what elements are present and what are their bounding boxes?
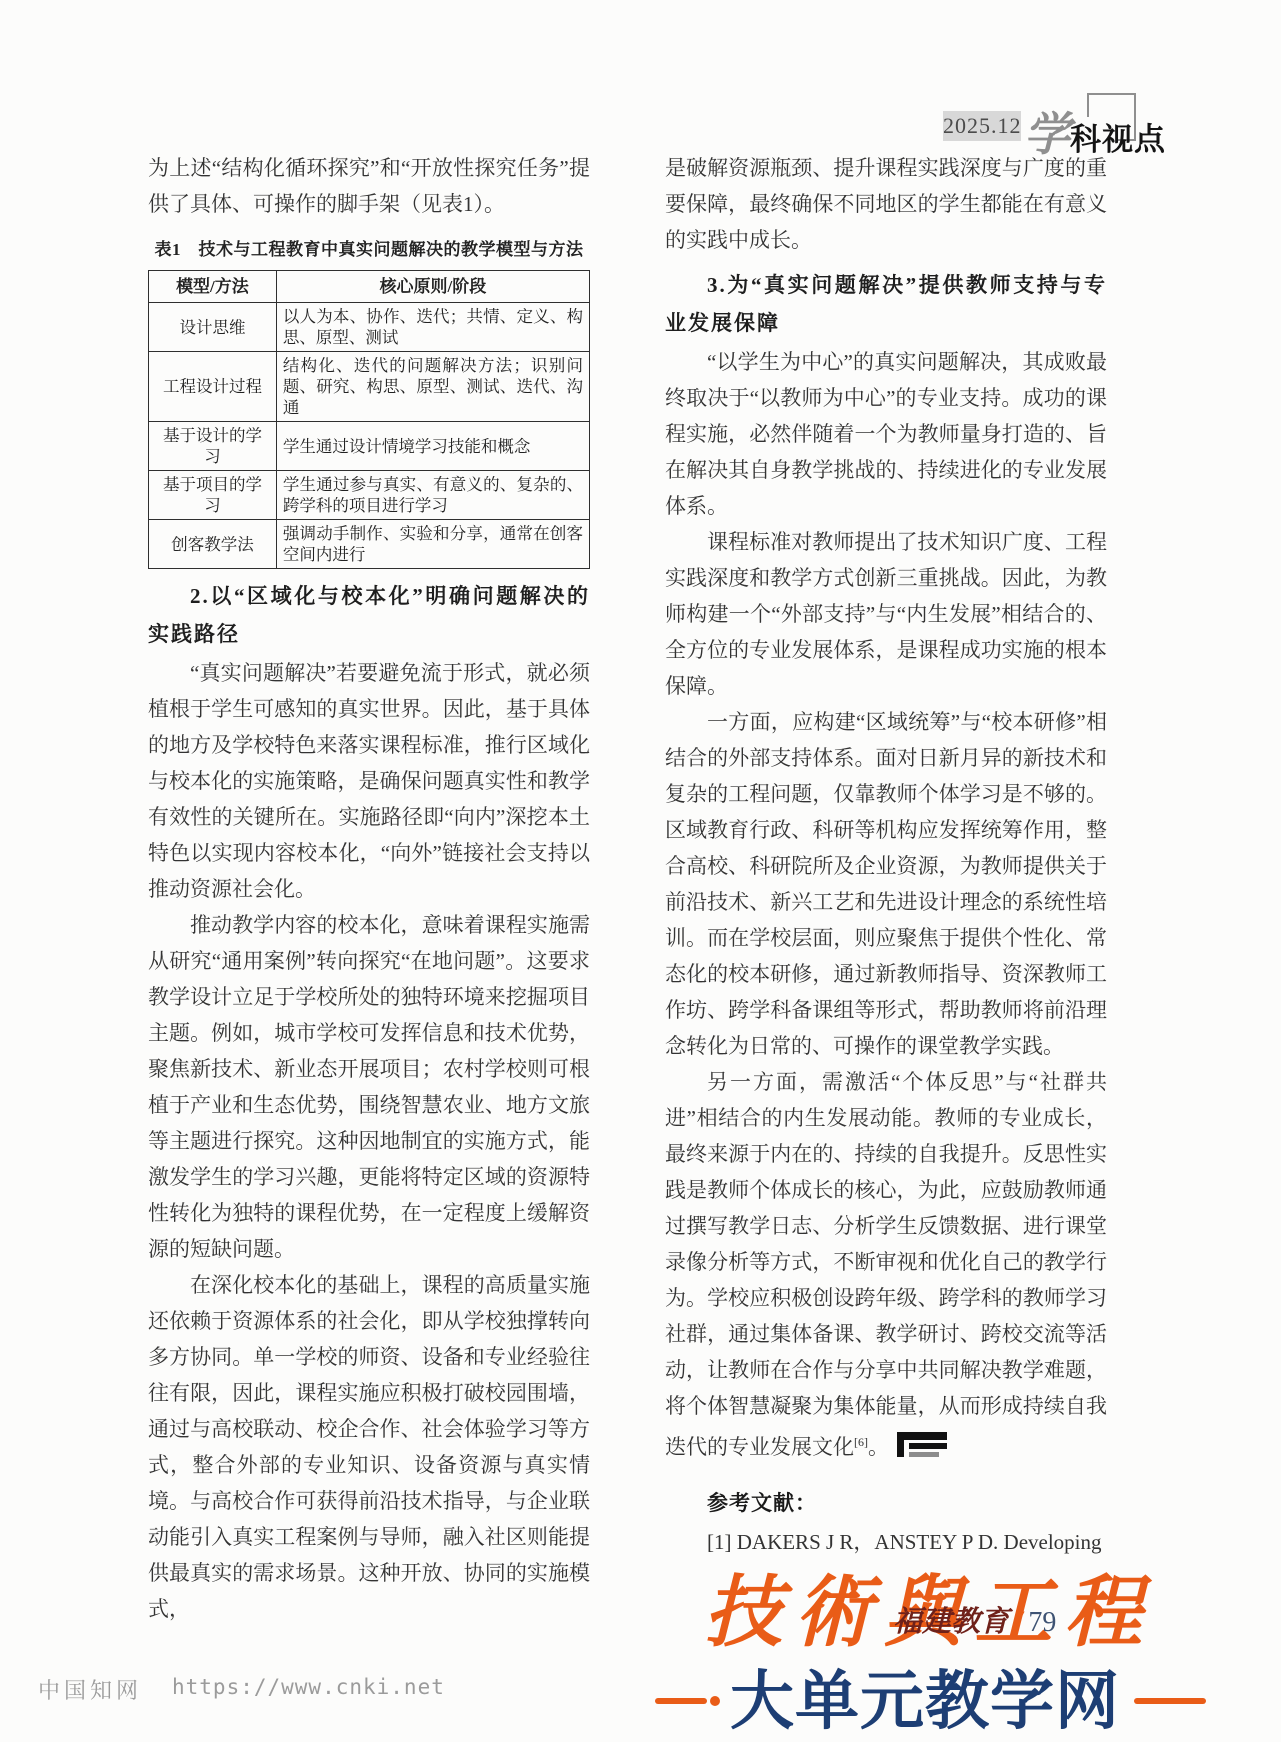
body-paragraph: 一方面，应构建“区域统筹”与“校本研修”相结合的外部支持体系。面对日新月异的新技… <box>665 704 1107 1064</box>
decorative-line-left <box>655 1698 707 1704</box>
right-column: 是破解资源瓶颈、提升课程实践深度与广度的重要保障，最终确保不同地区的学生都能在有… <box>665 150 1107 1561</box>
journal-name: 福建教育 <box>893 1606 1009 1638</box>
section-3-heading: 3.为“真实问题解决”提供教师支持与专业发展保障 <box>665 266 1107 342</box>
cnki-watermark-url: https://www.cnki.net <box>172 1675 445 1699</box>
body-paragraph: “真实问题解决”若要避免流于形式，就必须植根于学生可感知的真实世界。因此，基于具… <box>148 655 590 907</box>
table-cell-principle: 学生通过参与真实、有意义的、复杂的、跨学科的项目进行学习 <box>276 471 589 520</box>
closing-paragraph-period: 。 <box>868 1435 889 1459</box>
continuation-paragraph: 是破解资源瓶颈、提升课程实践深度与广度的重要保障，最终确保不同地区的学生都能在有… <box>665 150 1107 258</box>
cnki-watermark-label: 中国知网 <box>38 1674 142 1705</box>
column-section-title: 学科视点 <box>1024 98 1166 164</box>
section-title-first-char: 学 <box>1024 109 1070 160</box>
table-row: 工程设计过程 结构化、迭代的问题解决方法；识别问题、研究、构思、原型、测试、迭代… <box>149 352 590 422</box>
table-cell-model: 设计思维 <box>149 303 277 352</box>
table-cell-principle: 强调动手制作、实验和分享，通常在创客空间内进行 <box>276 520 589 569</box>
decorative-line-right <box>1134 1698 1206 1704</box>
table-row: 基于设计的学习 学生通过设计情境学习技能和概念 <box>149 422 590 471</box>
watermark-site-name: 大单元教学网 <box>730 1668 1120 1734</box>
table-cell-model: 基于项目的学习 <box>149 471 277 520</box>
table-header-row: 模型/方法 核心原则/阶段 <box>149 271 590 303</box>
reference-item: [1] DAKERS J R，ANSTEY P D. Developing <box>665 1523 1107 1561</box>
table-row: 基于项目的学习 学生通过参与真实、有意义的、复杂的、跨学科的项目进行学习 <box>149 471 590 520</box>
end-mark-bar <box>909 1443 947 1449</box>
body-paragraph: 推动教学内容的校本化，意味着课程实施需从研究“通用案例”转向探究“在地问题”。这… <box>148 907 590 1267</box>
table-cell-principle: 结构化、迭代的问题解决方法；识别问题、研究、构思、原型、测试、迭代、沟通 <box>276 352 589 422</box>
section-2-heading: 2.以“区域化与校本化”明确问题解决的实践路径 <box>148 577 590 653</box>
body-paragraph: 课程标准对教师提出了技术知识广度、工程实践深度和教学方式创新三重挑战。因此，为教… <box>665 524 1107 704</box>
table-header-principle: 核心原则/阶段 <box>276 271 589 303</box>
table-row: 设计思维 以人为本、协作、迭代；共情、定义、构思、原型、测试 <box>149 303 590 352</box>
left-column: 为上述“结构化循环探究”和“开放性探究任务”提供了具体、可操作的脚手架（见表1）… <box>148 150 590 1627</box>
page-separator: / <box>1014 1605 1022 1638</box>
table-caption: 表1 技术与工程教育中真实问题解决的教学模型与方法 <box>148 238 590 262</box>
continuation-paragraph: 为上述“结构化循环探究”和“开放性探究任务”提供了具体、可操作的脚手架（见表1）… <box>148 150 590 222</box>
issue-badge: 2025.12 <box>943 111 1021 141</box>
page-number: 79 <box>1028 1607 1056 1638</box>
citation-marker: [6] <box>854 1435 868 1449</box>
decorative-ring-icon <box>710 1696 720 1706</box>
body-paragraph: 在深化校本化的基础上，课程的高质量实施还依赖于资源体系的社会化，即从学校独撑转向… <box>148 1267 590 1627</box>
table-cell-model: 基于设计的学习 <box>149 422 277 471</box>
end-of-article-icon <box>897 1432 947 1457</box>
table-cell-principle: 学生通过设计情境学习技能和概念 <box>276 422 589 471</box>
end-mark-bar <box>904 1432 947 1440</box>
table-cell-model: 创客教学法 <box>149 520 277 569</box>
teaching-models-table: 模型/方法 核心原则/阶段 设计思维 以人为本、协作、迭代；共情、定义、构思、原… <box>148 270 590 569</box>
references-heading: 参考文献： <box>665 1485 1107 1523</box>
closing-paragraph: 另一方面，需激活“个体反思”与“社群共进”相结合的内生发展动能。教师的专业成长，… <box>665 1064 1107 1465</box>
watermark-site-banner: 大单元教学网 <box>655 1668 1206 1734</box>
table-row: 创客教学法 强调动手制作、实验和分享，通常在创客空间内进行 <box>149 520 590 569</box>
table-cell-principle: 以人为本、协作、迭代；共情、定义、构思、原型、测试 <box>276 303 589 352</box>
table-header-model: 模型/方法 <box>149 271 277 303</box>
references-section: 参考文献： [1] DAKERS J R，ANSTEY P D. Develop… <box>665 1485 1107 1561</box>
end-mark-bar <box>897 1432 904 1457</box>
table-cell-model: 工程设计过程 <box>149 352 277 422</box>
journal-page: 2025.12 学科视点 为上述“结构化循环探究”和“开放性探究任务”提供了具体… <box>0 0 1281 1742</box>
end-mark-bar <box>909 1452 939 1457</box>
closing-paragraph-text: 另一方面，需激活“个体反思”与“社群共进”相结合的内生发展动能。教师的专业成长，… <box>665 1070 1107 1459</box>
body-paragraph: “以学生为中心”的真实问题解决，其成败最终取决于“以教师为中心”的专业支持。成功… <box>665 344 1107 524</box>
journal-footer: 福建教育/79 <box>893 1599 1056 1640</box>
section-title-rest: 科视点 <box>1070 122 1166 157</box>
